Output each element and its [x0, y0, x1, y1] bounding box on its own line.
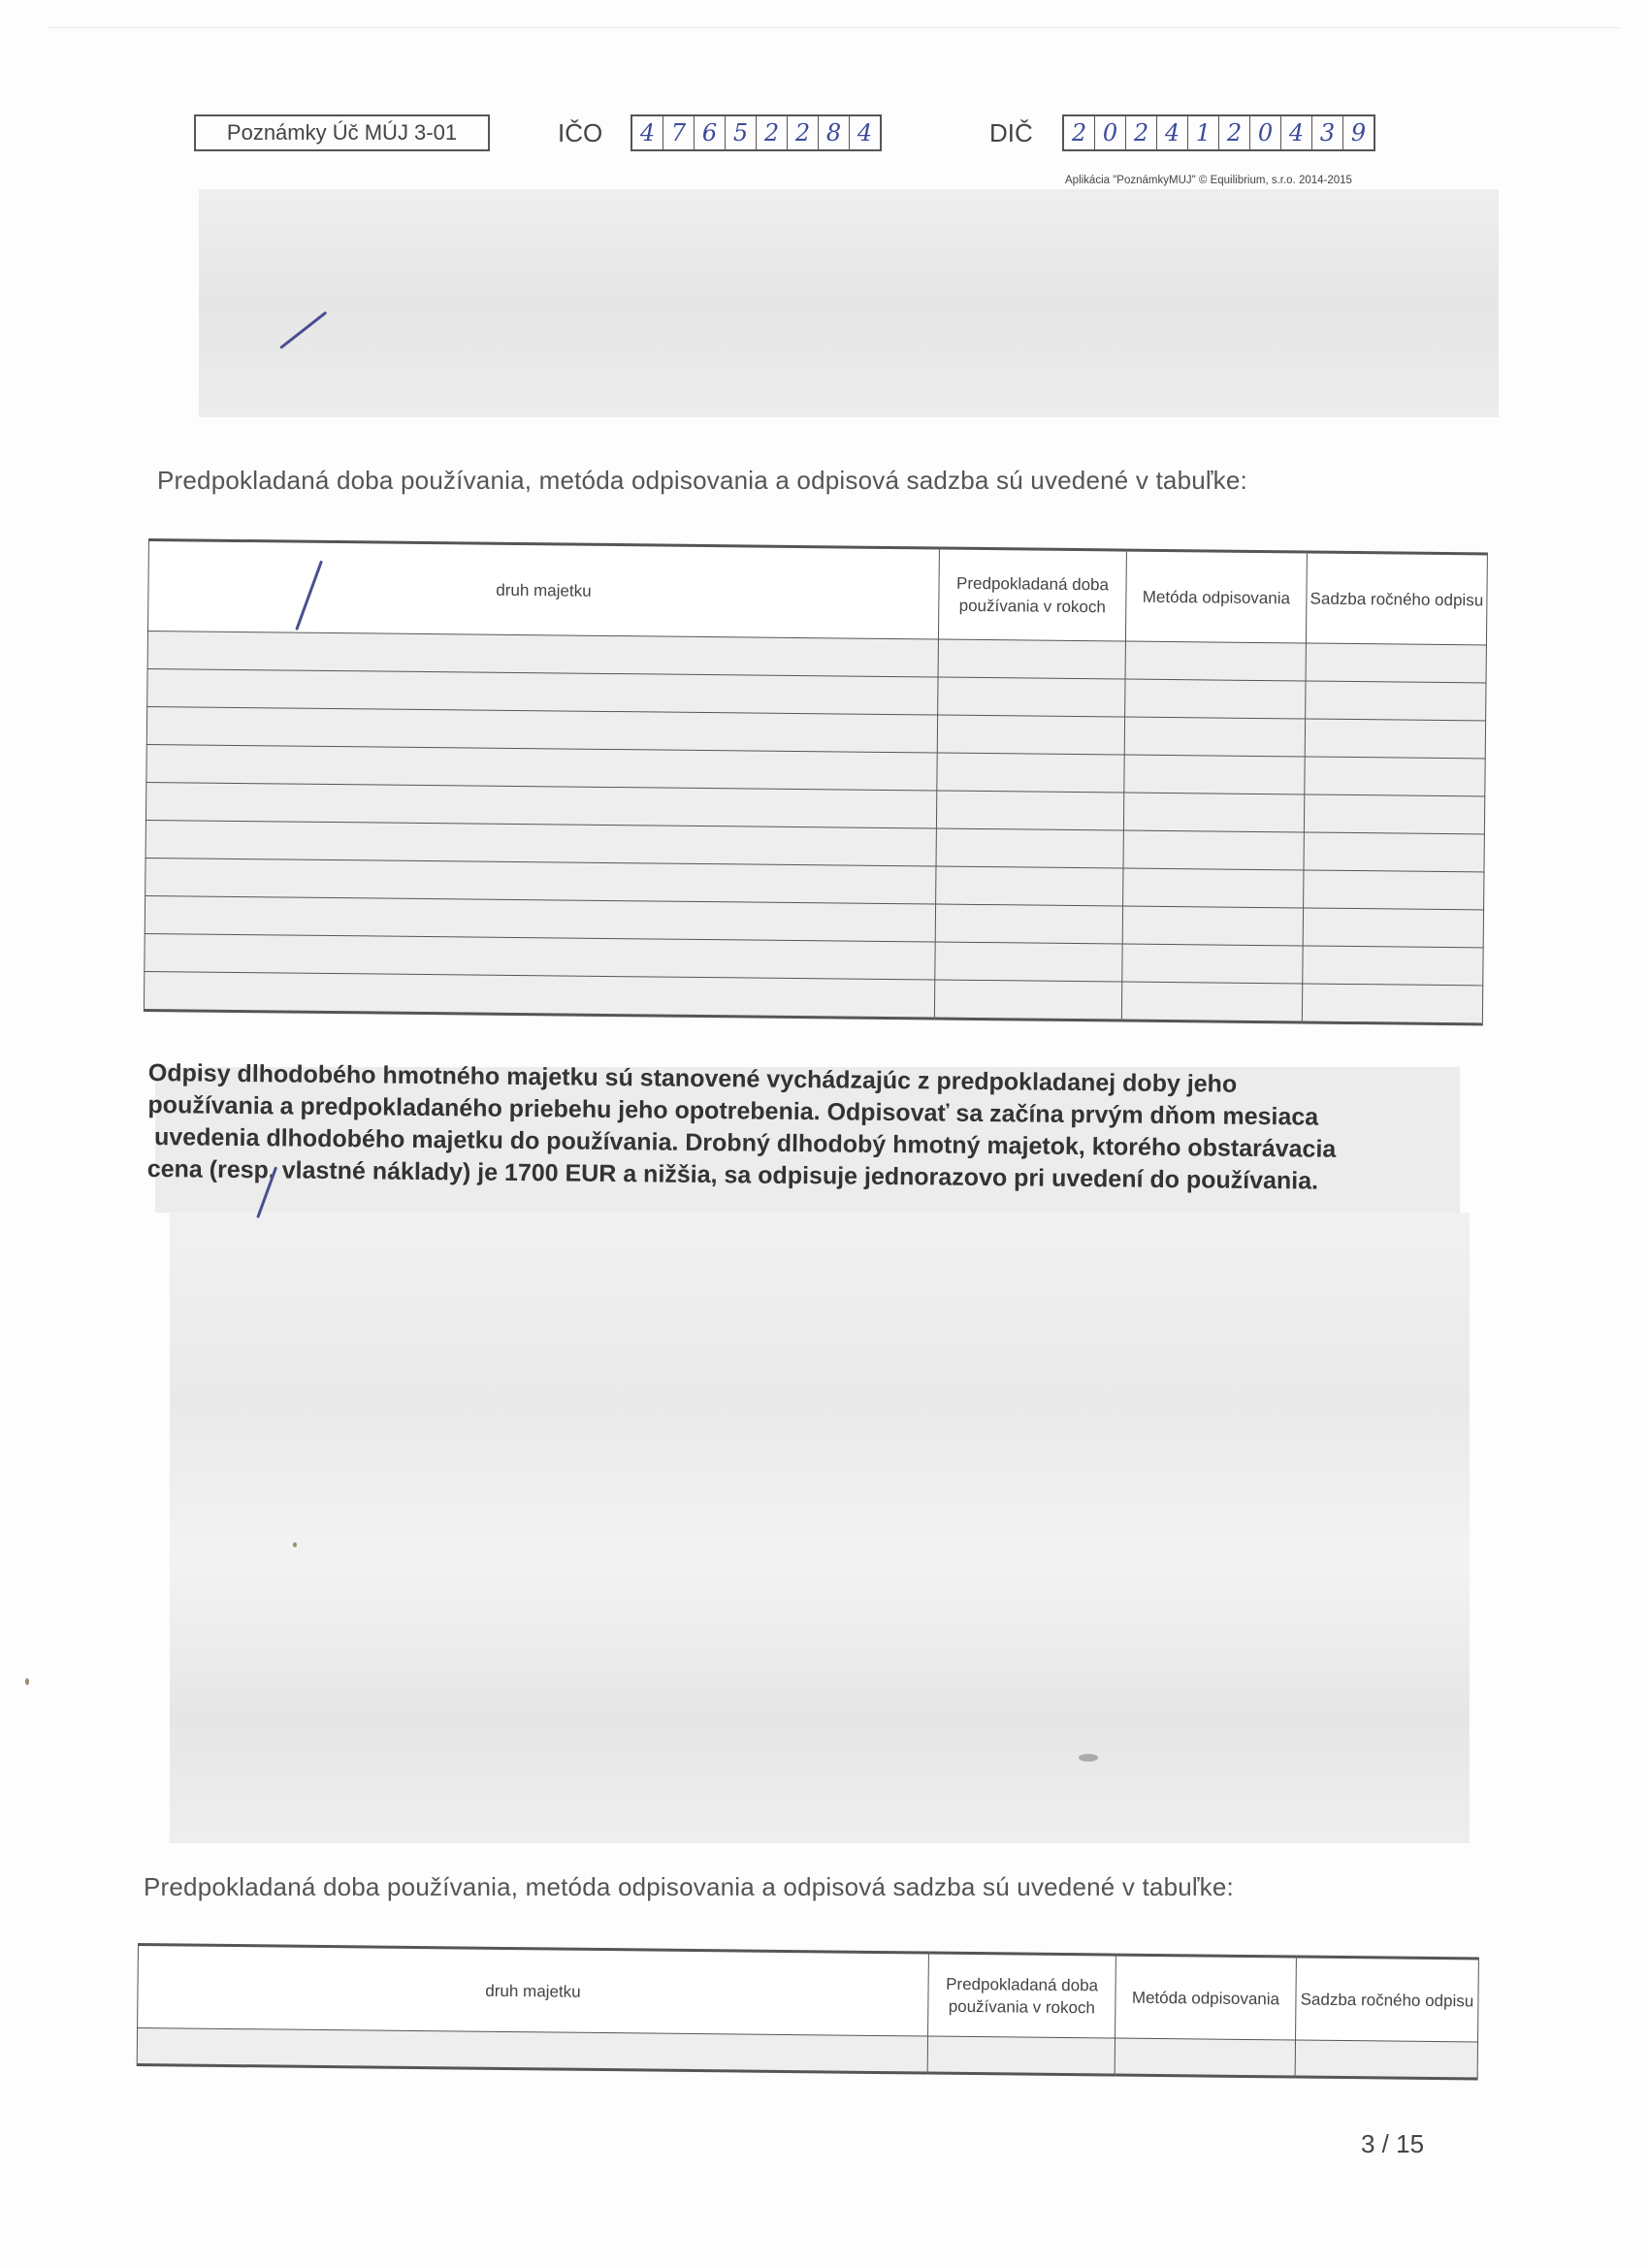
app-credit: Aplikácia "PoznámkyMUJ" © Equilibrium, s…	[1065, 175, 1352, 186]
table-cell[interactable]	[1122, 944, 1303, 984]
scan-speck	[293, 1542, 297, 1547]
section-intro: Predpokladaná doba používania, metóda od…	[144, 1872, 1234, 1902]
table-cell[interactable]	[1124, 755, 1305, 794]
column-header-asset-type: druh majetku	[147, 540, 939, 640]
ico-digit[interactable]: 4	[850, 116, 880, 149]
table-cell[interactable]	[1115, 2038, 1295, 2077]
scan-smudge	[1079, 1754, 1098, 1762]
table-cell[interactable]	[936, 866, 1123, 906]
table-cell[interactable]	[137, 2028, 927, 2074]
table-cell[interactable]	[1305, 757, 1485, 796]
table-cell[interactable]	[1125, 641, 1306, 681]
ico-field[interactable]: 4 7 6 5 2 2 8 4	[630, 114, 882, 151]
dic-digit[interactable]: 3	[1312, 116, 1343, 149]
table-cell[interactable]	[1125, 679, 1306, 719]
table-cell[interactable]	[1122, 906, 1303, 946]
redacted-block	[170, 1213, 1470, 1843]
ico-label: IČO	[558, 118, 602, 148]
ico-digit[interactable]: 2	[788, 116, 819, 149]
table-cell[interactable]	[938, 677, 1125, 717]
table-cell[interactable]	[927, 2036, 1115, 2075]
column-header-method: Metóda odpisovania	[1125, 550, 1307, 643]
table-cell[interactable]	[1295, 2040, 1477, 2079]
dic-digit[interactable]: 2	[1219, 116, 1250, 149]
dic-digit[interactable]: 9	[1343, 116, 1374, 149]
ico-digit[interactable]: 7	[663, 116, 695, 149]
dic-digit[interactable]: 1	[1188, 116, 1219, 149]
column-header-asset-type: druh majetku	[138, 1945, 929, 2037]
dic-digit[interactable]: 2	[1126, 116, 1157, 149]
table-cell[interactable]	[1304, 794, 1484, 834]
table-cell[interactable]	[937, 715, 1124, 755]
table-cell[interactable]	[144, 971, 934, 1019]
table-cell[interactable]	[1302, 984, 1482, 1024]
dic-digit[interactable]: 0	[1095, 116, 1126, 149]
table-cell[interactable]	[936, 828, 1123, 868]
table-cell[interactable]	[1306, 681, 1486, 721]
table-cell[interactable]	[1123, 868, 1304, 908]
table-cell[interactable]	[934, 980, 1121, 1021]
table-cell[interactable]	[936, 791, 1123, 830]
scan-speck	[25, 1678, 29, 1685]
dic-digit[interactable]: 4	[1281, 116, 1312, 149]
depreciation-policy-text: Odpisy dlhodobého hmotného majetku sú st…	[147, 1057, 1468, 1199]
ico-digit[interactable]: 6	[695, 116, 726, 149]
dic-digit[interactable]: 4	[1157, 116, 1188, 149]
table-header-row: druh majetku Predpokladaná doba používan…	[147, 540, 1487, 645]
table-cell[interactable]	[1304, 832, 1484, 872]
depreciation-table: druh majetku Predpokladaná doba používan…	[144, 538, 1488, 1025]
table-cell[interactable]	[1123, 793, 1304, 832]
column-header-useful-life: Predpokladaná doba používania v rokoch	[938, 548, 1126, 641]
table-cell[interactable]	[1305, 719, 1485, 759]
dic-label: DIČ	[989, 118, 1033, 148]
table-cell[interactable]	[937, 753, 1124, 793]
table-cell[interactable]	[1303, 946, 1483, 986]
table-cell[interactable]	[1303, 908, 1483, 948]
depreciation-table-2: druh majetku Predpokladaná doba používan…	[137, 1943, 1479, 2080]
dic-digit[interactable]: 2	[1064, 116, 1095, 149]
table-cell[interactable]	[1306, 643, 1486, 683]
table-cell[interactable]	[1304, 870, 1484, 910]
form-header: Poznámky Úč MÚJ 3-01 IČO 4 7 6 5 2 2 8 4…	[0, 114, 1649, 163]
section-intro: Predpokladaná doba používania, metóda od…	[157, 466, 1247, 496]
column-header-rate: Sadzba ročného odpisu	[1296, 1957, 1479, 2042]
form-id-label: Poznámky Úč MÚJ 3-01	[194, 114, 490, 151]
column-header-rate: Sadzba ročného odpisu	[1306, 552, 1487, 645]
table-cell[interactable]	[1124, 717, 1305, 757]
table-cell[interactable]	[935, 904, 1122, 944]
table-cell[interactable]	[935, 942, 1122, 982]
table-cell[interactable]	[1123, 830, 1304, 870]
table-cell[interactable]	[938, 639, 1125, 679]
dic-digit[interactable]: 0	[1250, 116, 1281, 149]
ico-digit[interactable]: 4	[632, 116, 663, 149]
table-header-row: druh majetku Predpokladaná doba používan…	[138, 1945, 1479, 2042]
column-header-useful-life: Predpokladaná doba používania v rokoch	[928, 1953, 1116, 2038]
dic-field[interactable]: 2 0 2 4 1 2 0 4 3 9	[1062, 114, 1375, 151]
scan-top-edge	[48, 27, 1620, 28]
page-number: 3 / 15	[1361, 2129, 1424, 2159]
redacted-block	[199, 189, 1499, 417]
ico-digit[interactable]: 8	[819, 116, 850, 149]
table-cell[interactable]	[1121, 982, 1302, 1022]
ico-digit[interactable]: 2	[757, 116, 788, 149]
ico-digit[interactable]: 5	[726, 116, 757, 149]
column-header-method: Metóda odpisovania	[1115, 1955, 1297, 2040]
